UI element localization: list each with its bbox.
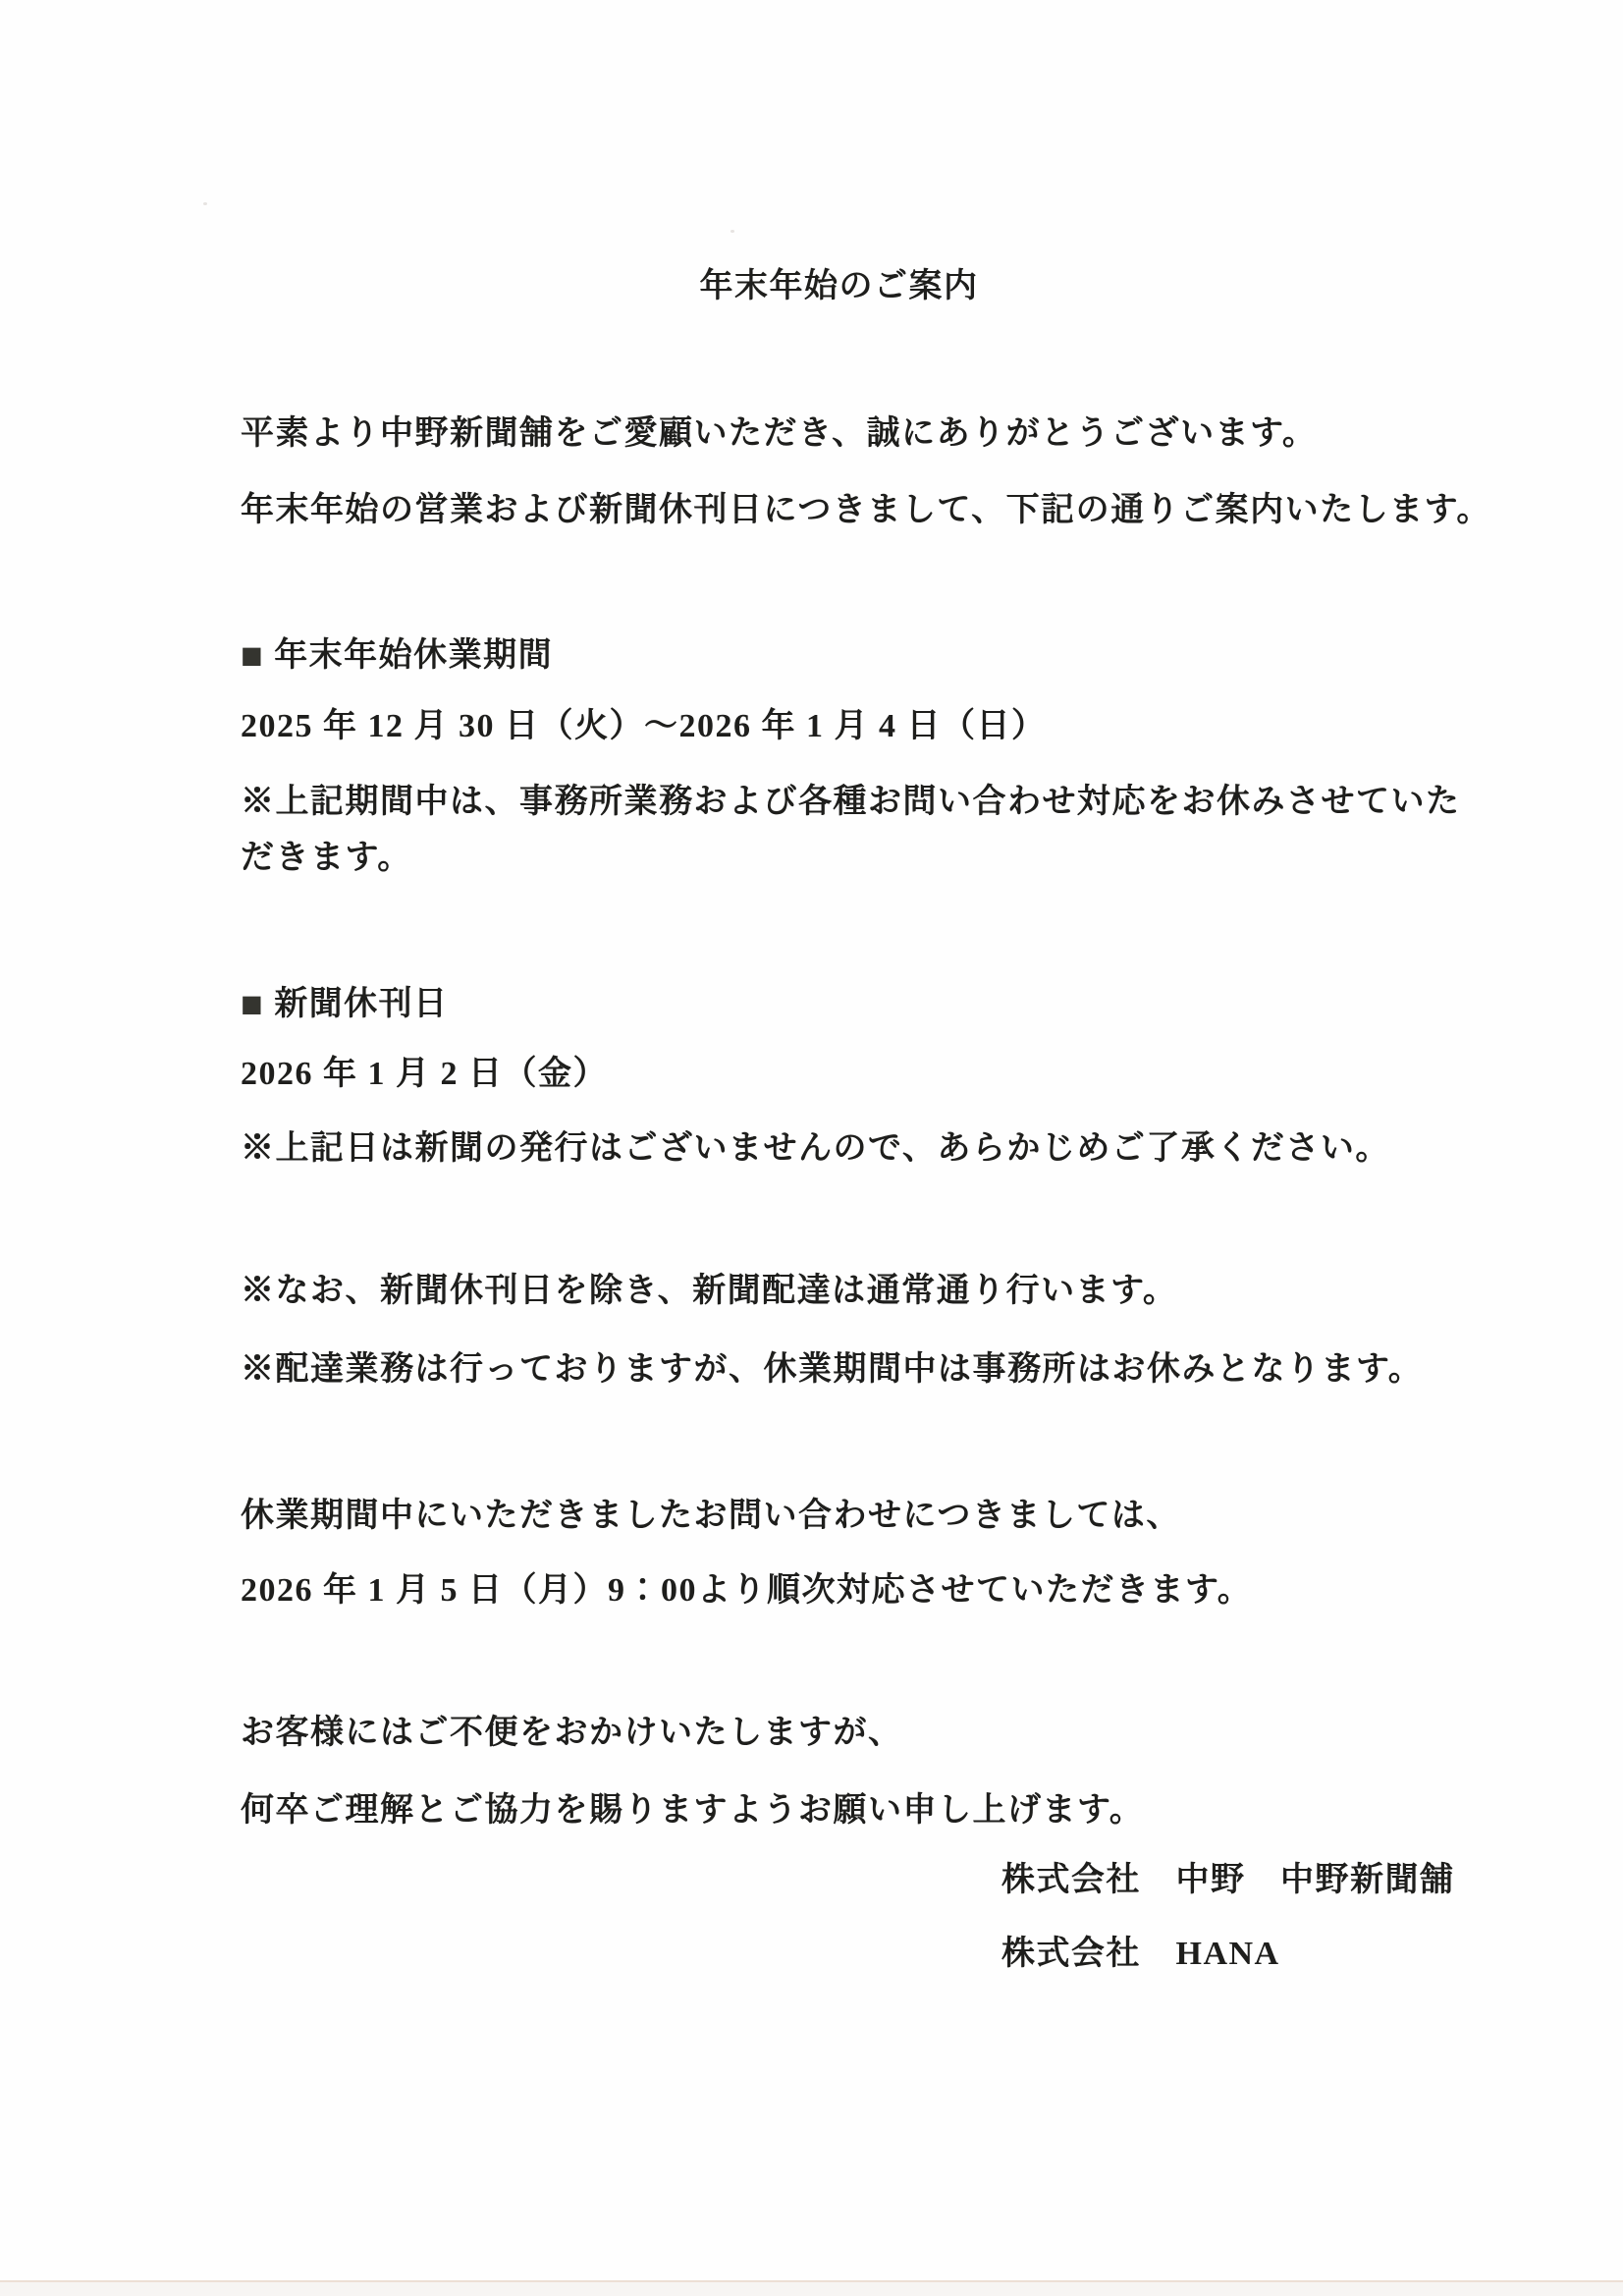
holiday-note: ※上記日は新聞の発行はございませんので、あらかじめご了承ください。 — [241, 1128, 1390, 1170]
closure-heading-label: 年末年始休業期間 — [274, 637, 553, 674]
signature-company-1: 株式会社 中野 中野新聞舗 — [1001, 1860, 1455, 1901]
greeting-line-1: 平素より中野新聞舗をご愛顧いただき、誠にありがとうございます。 — [241, 413, 1317, 455]
scan-speckle — [730, 230, 734, 233]
square-bullet-icon: ■ — [241, 983, 264, 1024]
extra-note-office: ※配達業務は行っておりますが、休業期間中は事務所はお休みとなります。 — [241, 1349, 1423, 1391]
document-title: 年末年始のご案内 — [700, 266, 979, 307]
closure-section-heading: ■年末年始休業期間 — [241, 634, 553, 677]
inquiry-response-line-2: 2026 年 1 月 5 日（月）9：00より順次対応させていただきます。 — [241, 1570, 1252, 1612]
closure-note-line-2: だきます。 — [241, 838, 412, 879]
closing-request-line: 何卒ご理解とご協力を賜りますようお願い申し上げます。 — [241, 1790, 1144, 1831]
square-bullet-icon: ■ — [241, 634, 264, 676]
scan-speckle — [203, 202, 207, 205]
holiday-heading-label: 新聞休刊日 — [274, 986, 449, 1022]
signature-company-2: 株式会社 HANA — [1001, 1934, 1280, 1975]
greeting-line-2: 年末年始の営業および新聞休刊日につきまして、下記の通りご案内いたします。 — [241, 490, 1491, 531]
holiday-date: 2026 年 1 月 2 日（金） — [241, 1054, 608, 1095]
closure-note-line-1: ※上記期間中は、事務所業務および各種お問い合わせ対応をお休みさせていた — [241, 782, 1461, 823]
closing-apology-line: お客様にはご不便をおかけいたしますが、 — [241, 1713, 903, 1754]
inquiry-response-line-1: 休業期間中にいただきましたお問い合わせにつきましては、 — [241, 1496, 1181, 1537]
scan-edge-artifact — [0, 2280, 1623, 2296]
scanned-document: 年末年始のご案内 平素より中野新聞舗をご愛顧いただき、誠にありがとうございます。… — [0, 0, 1623, 2296]
holiday-section-heading: ■新聞休刊日 — [241, 983, 449, 1025]
closure-period-dates: 2025 年 12 月 30 日（火）～2026 年 1 月 4 日（日） — [241, 706, 1047, 747]
extra-note-delivery: ※なお、新聞休刊日を除き、新聞配達は通常通り行います。 — [241, 1271, 1177, 1312]
